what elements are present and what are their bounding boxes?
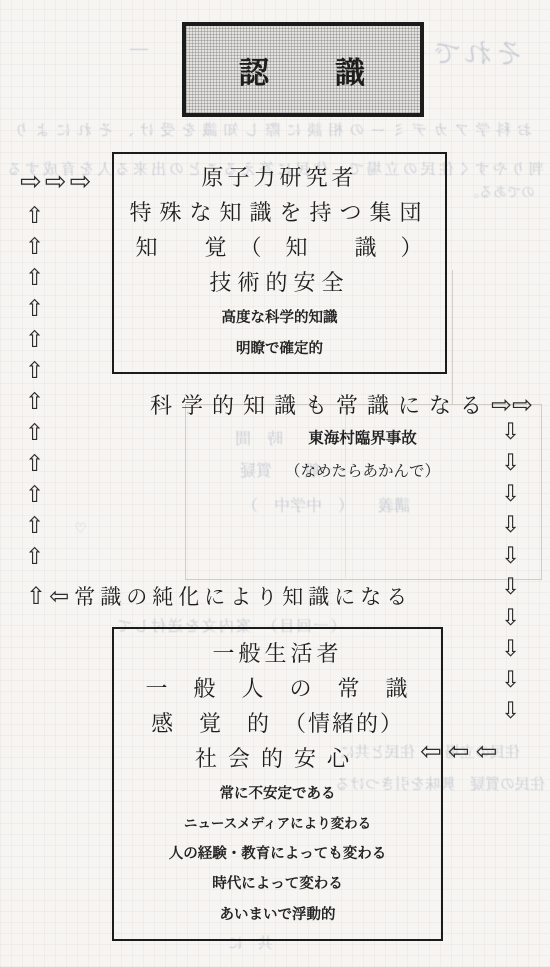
public-detail-news-media: ニュースメディアにより変わる xyxy=(184,812,371,832)
researchers-line-perception: 知 覚 （ 知 識 ） xyxy=(135,236,423,261)
flow-left-label: 常識の純化により知識になる xyxy=(74,581,412,611)
right-arrow-icon: ⇨ xyxy=(20,169,42,195)
up-arrow-icon: ⇧ xyxy=(25,391,44,413)
down-arrow-icon: ⇩ xyxy=(501,576,520,598)
up-arrow-icon: ⇧ xyxy=(25,546,44,568)
left-arrow-icon: ⇦ xyxy=(476,739,498,765)
up-arrow-icon: ⇧ xyxy=(25,484,44,506)
down-arrow-icon: ⇩ xyxy=(501,452,520,474)
public-detail-vague: あいまいで浮動的 xyxy=(220,903,336,924)
left-arrow-icon: ⇦ xyxy=(49,584,69,608)
general-public-box: 一般生活者 一 般 人 の 常 識 感 覚 的 （情緒的） 社会的安心 常に不安… xyxy=(112,627,443,941)
quote-label: （なめたらあかんで） xyxy=(285,462,440,480)
researchers-detail-clear-definite: 明瞭で確定的 xyxy=(236,337,323,358)
researchers-detail-scientific-knowledge: 高度な科学的知識 xyxy=(222,306,338,327)
page-title: 認 識 xyxy=(239,48,367,92)
up-arrow-icon: ⇧ xyxy=(26,584,46,608)
public-detail-era: 時代によって変わる xyxy=(212,872,343,893)
downward-flow-arrow-column: ⇩ ⇩ ⇩ ⇩ ⇩ ⇩ ⇩ ⇩ ⇩ ⇩ xyxy=(501,421,520,722)
up-arrow-icon: ⇧ xyxy=(25,298,44,320)
down-arrow-icon: ⇩ xyxy=(501,607,520,629)
researchers-box: 原子力研究者 特殊な知識を持つ集団 知 覚 （ 知 識 ） 技術的安全 高度な科… xyxy=(112,152,447,374)
up-arrow-icon: ⇧ xyxy=(25,360,44,382)
flow-label-to-knowledge: ⇧ ⇦ 常識の純化により知識になる xyxy=(26,581,412,611)
public-detail-experience-education: 人の経験・教育によっても変わる xyxy=(169,842,387,863)
public-line-social-reassurance: 社会的安心 xyxy=(195,747,360,772)
right-arrow-icon: ⇨ xyxy=(70,169,92,195)
title-box: 認 識 xyxy=(182,22,424,117)
left-arrow-icon: ⇦ xyxy=(420,739,442,765)
up-arrow-icon: ⇧ xyxy=(25,267,44,289)
up-arrow-icon: ⇧ xyxy=(25,205,44,227)
researchers-heading: 原子力研究者 xyxy=(201,166,357,191)
flow-right-label: 科学的知識も常識になる xyxy=(150,389,491,420)
right-arrow-icon: ⇨ xyxy=(45,169,67,195)
public-heading: 一般生活者 xyxy=(212,642,342,667)
public-line-common-sense: 一 般 人 の 常 識 xyxy=(145,677,409,702)
down-arrow-icon: ⇩ xyxy=(501,545,520,567)
down-arrow-icon: ⇩ xyxy=(501,700,520,722)
left-arrow-icon: ⇦ xyxy=(448,739,470,765)
up-arrow-icon: ⇧ xyxy=(25,453,44,475)
flow-into-researchers-arrows: ⇨ ⇨ ⇨ xyxy=(20,169,91,195)
down-arrow-icon: ⇩ xyxy=(501,514,520,536)
flow-label-to-common-sense: 科学的知識も常識になる ⇨ ⇨ xyxy=(150,389,533,420)
accident-label: 東海村臨界事故 xyxy=(308,429,417,447)
down-arrow-icon: ⇩ xyxy=(501,421,520,443)
flow-into-public-arrows: ⇦ ⇦ ⇦ xyxy=(420,739,497,765)
up-arrow-icon: ⇧ xyxy=(25,515,44,537)
right-arrow-icon: ⇨ xyxy=(491,392,512,417)
up-arrow-icon: ⇧ xyxy=(25,329,44,351)
up-arrow-icon: ⇧ xyxy=(25,422,44,444)
accident-quote-note: （なめたらあかんで） xyxy=(185,459,540,481)
public-line-emotional: 感 覚 的 （情緒的） xyxy=(151,712,404,737)
up-arrow-icon: ⇧ xyxy=(25,236,44,258)
researchers-line-technical-safety: 技術的安全 xyxy=(209,271,349,296)
upward-flow-arrow-column: ⇧ ⇧ ⇧ ⇧ ⇧ ⇧ ⇧ ⇧ ⇧ ⇧ ⇧ ⇧ xyxy=(25,205,44,568)
right-arrow-icon: ⇨ xyxy=(512,392,533,417)
down-arrow-icon: ⇩ xyxy=(501,483,520,505)
scanned-diagram-page: それでも判り合える ― ― お科学アカデミーの相談に際し知識を受け、それにより … xyxy=(0,0,550,967)
researchers-line-special-knowledge: 特殊な知識を持つ集団 xyxy=(129,201,429,226)
diagram: 認 識 ⇨ ⇨ ⇨ ⇧ ⇧ ⇧ ⇧ ⇧ ⇧ ⇧ ⇧ ⇧ ⇧ ⇧ ⇧ 原子力研究者… xyxy=(0,0,550,967)
public-detail-unstable: 常に不安定である xyxy=(220,782,336,803)
down-arrow-icon: ⇩ xyxy=(501,669,520,691)
tokaimura-accident-note: 東海村臨界事故 xyxy=(185,426,540,448)
down-arrow-icon: ⇩ xyxy=(501,638,520,660)
